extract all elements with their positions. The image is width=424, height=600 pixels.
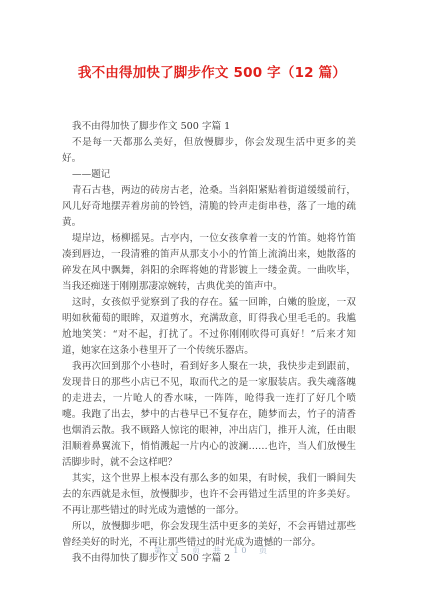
- document-title: 我不由得加快了脚步作文 500 字（12 篇）: [0, 64, 424, 82]
- document-body: 我不由得加快了脚步作文 500 字篇 1 不是每一天都那么美好，但放慢脚步，你会…: [62, 119, 356, 567]
- section-heading-1: 我不由得加快了脚步作文 500 字篇 1: [62, 119, 356, 135]
- paragraph: 我再次回到那个小巷时，看到好多人聚在一块，我快步走到跟前，发现昔日的那些小店已不…: [62, 359, 356, 471]
- paragraph: 堤岸边，杨柳摇晃。古亭内，一位女孩拿着一支的竹笛。她将竹笛凑到唇边，一段清雅的笛…: [62, 231, 356, 295]
- document-page: 我不由得加快了脚步作文 500 字（12 篇） 我不由得加快了脚步作文 500 …: [0, 0, 424, 600]
- paragraph: 其实，这个世界上根本没有那么多的如果，有时候，我们一瞬间失去的东西就是永恒，放慢…: [62, 471, 356, 519]
- epigraph: 不是每一天都那么美好，但放慢脚步，你会发现生活中更多的美好。: [62, 135, 356, 167]
- page-number-footer: 第 1 页 共 10 页: [0, 545, 424, 556]
- paragraph: 这时，女孩似乎觉察到了我的存在。猛一回眸，白嫩的脸庞，一双明如秋葡萄的眼眸，双道…: [62, 295, 356, 359]
- epigraph-attribution: ——题记: [62, 167, 356, 183]
- paragraph: 青石古巷，两边的砖房古老，沧桑。当斜阳紧贴着街道缓缓前行，风儿好奇地摆弄着房前的…: [62, 183, 356, 231]
